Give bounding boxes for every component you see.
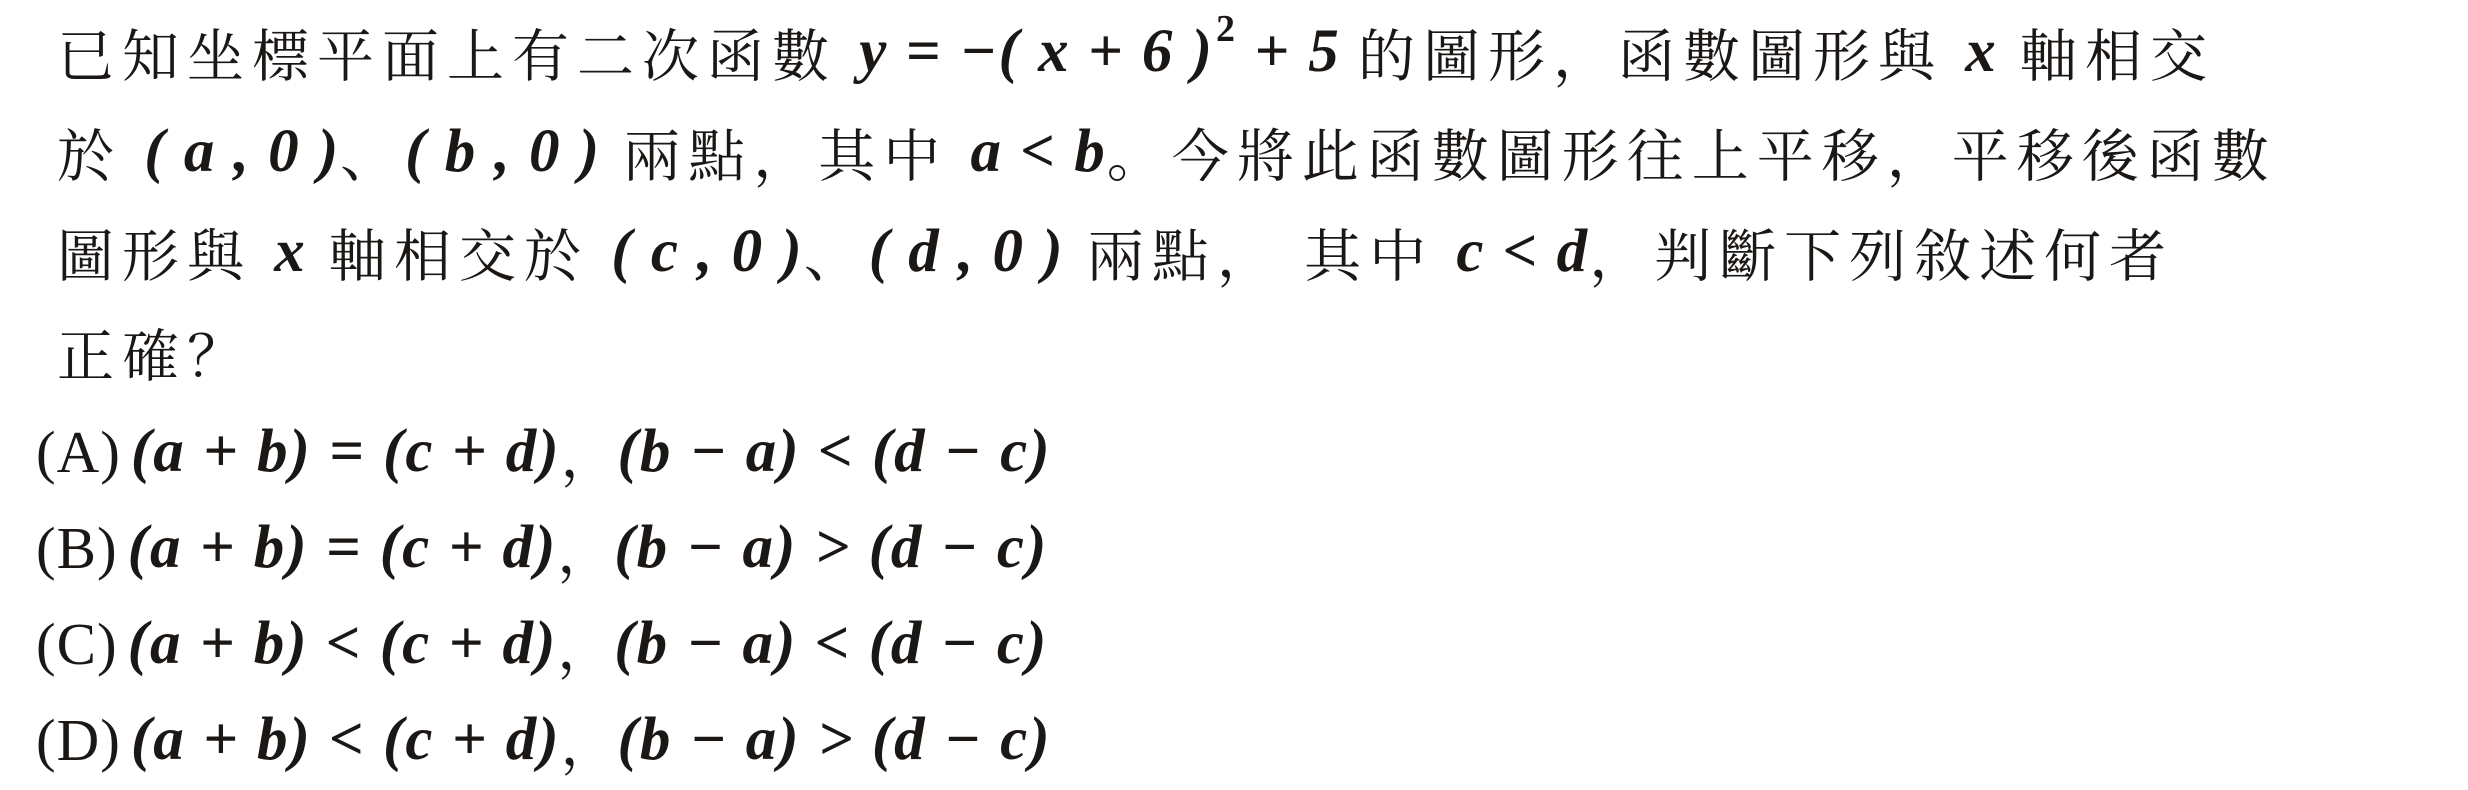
option-a-inequality: (b − a) < (d − c) — [618, 417, 1052, 487]
option-b-equation: (a + b) = (c + d) — [128, 513, 558, 583]
question-line-2: 於 ( a , 0 )、( b , 0 ) 兩點，其中 a < b。今將此函數圖… — [0, 102, 2468, 202]
point-d: ( d , 0 ) — [869, 217, 1065, 287]
text-segment: 已知坐標平面上有二次函數 — [57, 11, 859, 93]
option-d-inequality: (b − a) > (d − c) — [618, 705, 1052, 775]
option-b-separator: ， — [557, 507, 614, 589]
option-b-label: (B) — [36, 514, 118, 583]
text-segment: 軸相交於 — [307, 211, 612, 293]
question-statement: 已知坐標平面上有二次函數 y = −( x + 6 )2 + 5 的圖形，函數圖… — [0, 2, 2468, 402]
formula-tail: + 5 — [1237, 18, 1358, 85]
option-a-label: (A) — [36, 418, 121, 487]
option-a: (A)(a + b) = (c + d)，(b − a) < (d − c) — [0, 404, 2468, 500]
point-b: ( b , 0 ) — [405, 117, 601, 187]
inequality-c-less-d: c < d — [1456, 217, 1589, 287]
text-segment: 的圖形，函數圖形與 — [1358, 11, 1965, 93]
option-d: (D)(a + b) < (c + d)，(b − a) > (d − c) — [0, 692, 2468, 788]
formula-exponent: 2 — [1216, 8, 1237, 50]
option-a-equation: (a + b) = (c + d) — [131, 417, 561, 487]
text-segment: 。今將此函數圖形往上平移，平移後函數 — [1107, 111, 2277, 193]
enumeration-comma: 、 — [340, 111, 405, 193]
text-segment: 兩點， 其中 — [1065, 211, 1457, 293]
enumeration-comma: 、 — [804, 211, 869, 293]
option-c-inequality: (b − a) < (d − c) — [614, 609, 1048, 679]
question-line-4: 正確？ — [0, 302, 2468, 402]
option-b: (B)(a + b) = (c + d)，(b − a) > (d − c) — [0, 500, 2468, 596]
formula-main: y = −( x + 6 ) — [859, 18, 1214, 85]
option-c-label: (C) — [36, 610, 118, 679]
text-segment: 軸相交 — [1998, 11, 2215, 93]
point-c: ( c , 0 ) — [611, 217, 803, 287]
text-segment: 於 — [57, 111, 144, 193]
point-a: ( a , 0 ) — [144, 117, 340, 187]
question-line-3: 圖形與 x 軸相交於 ( c , 0 )、( d , 0 ) 兩點， 其中 c … — [0, 202, 2468, 302]
text-segment: 兩點，其中 — [601, 111, 971, 193]
text-segment: ，判斷下列敘述何者 — [1589, 211, 2174, 293]
option-a-separator: ， — [561, 411, 618, 493]
option-d-label: (D) — [36, 706, 121, 775]
variable-x: x — [1965, 17, 1998, 87]
option-c-equation: (a + b) < (c + d) — [128, 609, 558, 679]
option-d-equation: (a + b) < (c + d) — [131, 705, 561, 775]
option-b-inequality: (b − a) > (d − c) — [614, 513, 1048, 583]
quadratic-formula: y = −( x + 6 )2 + 5 — [859, 17, 1358, 87]
text-segment: 圖形與 — [57, 211, 274, 293]
variable-x: x — [274, 217, 307, 287]
question-line-1: 已知坐標平面上有二次函數 y = −( x + 6 )2 + 5 的圖形，函數圖… — [0, 2, 2468, 102]
inequality-a-less-b: a < b — [971, 117, 1107, 187]
answer-options: (A)(a + b) = (c + d)，(b − a) < (d − c) (… — [0, 404, 2468, 788]
text-segment: 正確？ — [57, 311, 252, 393]
exam-question-page: 已知坐標平面上有二次函數 y = −( x + 6 )2 + 5 的圖形，函數圖… — [0, 0, 2468, 790]
option-c: (C)(a + b) < (c + d)，(b − a) < (d − c) — [0, 596, 2468, 692]
option-d-separator: ， — [561, 699, 618, 781]
option-c-separator: ， — [557, 603, 614, 685]
